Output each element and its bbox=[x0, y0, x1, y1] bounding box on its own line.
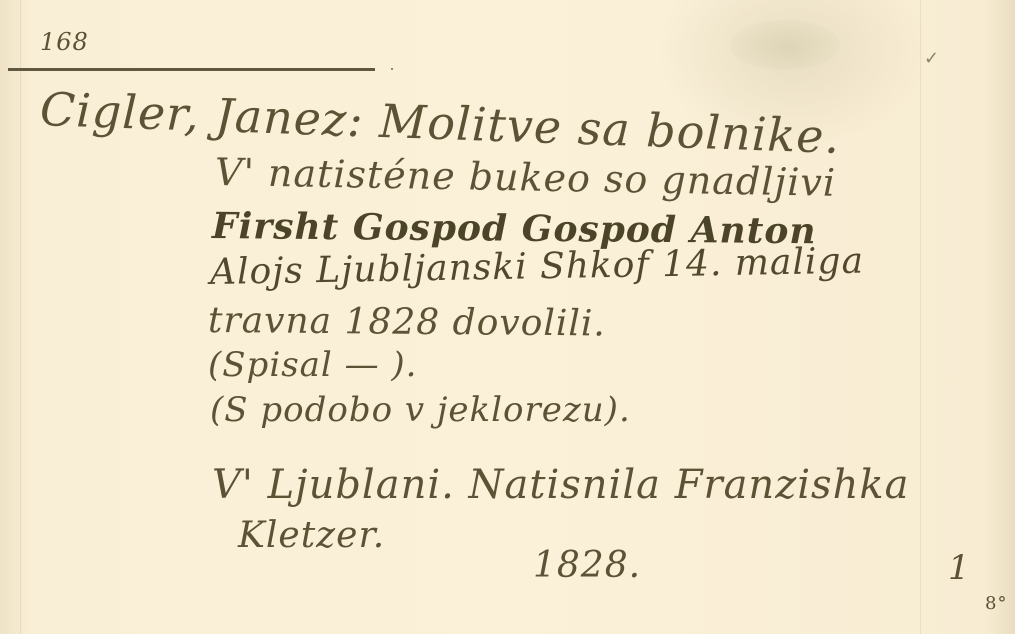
paper-edge-line bbox=[20, 0, 21, 634]
imprimatur-line-4: travna 1828 dovolili. bbox=[208, 300, 606, 344]
publication-year: 1828. bbox=[533, 545, 641, 586]
paper-fold-line bbox=[920, 0, 921, 634]
imprimatur-line-1: V' natisténe bukeo so gnadljivi bbox=[215, 150, 837, 205]
imprint-line-2: Kletzer. bbox=[238, 515, 385, 556]
rule-dot bbox=[391, 68, 393, 70]
author-note: (Spisal — ). bbox=[208, 345, 417, 385]
illustration-note: (S podobo v jeklorezu). bbox=[210, 390, 631, 430]
book-format: 8° bbox=[985, 593, 1007, 614]
imprimatur-line-3: Alojs Ljubljanski Shkof 14. maliga bbox=[210, 241, 865, 293]
paper-smudge bbox=[730, 20, 840, 70]
imprint-line-1: V' Ljublani. Natisnila Franzishka bbox=[212, 462, 909, 508]
author-title-line: Cigler, Janez: Molitve sa bolnike. bbox=[39, 82, 841, 164]
call-number: 168 bbox=[40, 28, 89, 56]
volume-count: 1 bbox=[948, 548, 971, 588]
header-rule bbox=[8, 68, 375, 71]
check-mark-icon: ✓ bbox=[924, 48, 939, 69]
catalog-card: 168 ✓ Cigler, Janez: Molitve sa bolnike.… bbox=[0, 0, 1015, 634]
